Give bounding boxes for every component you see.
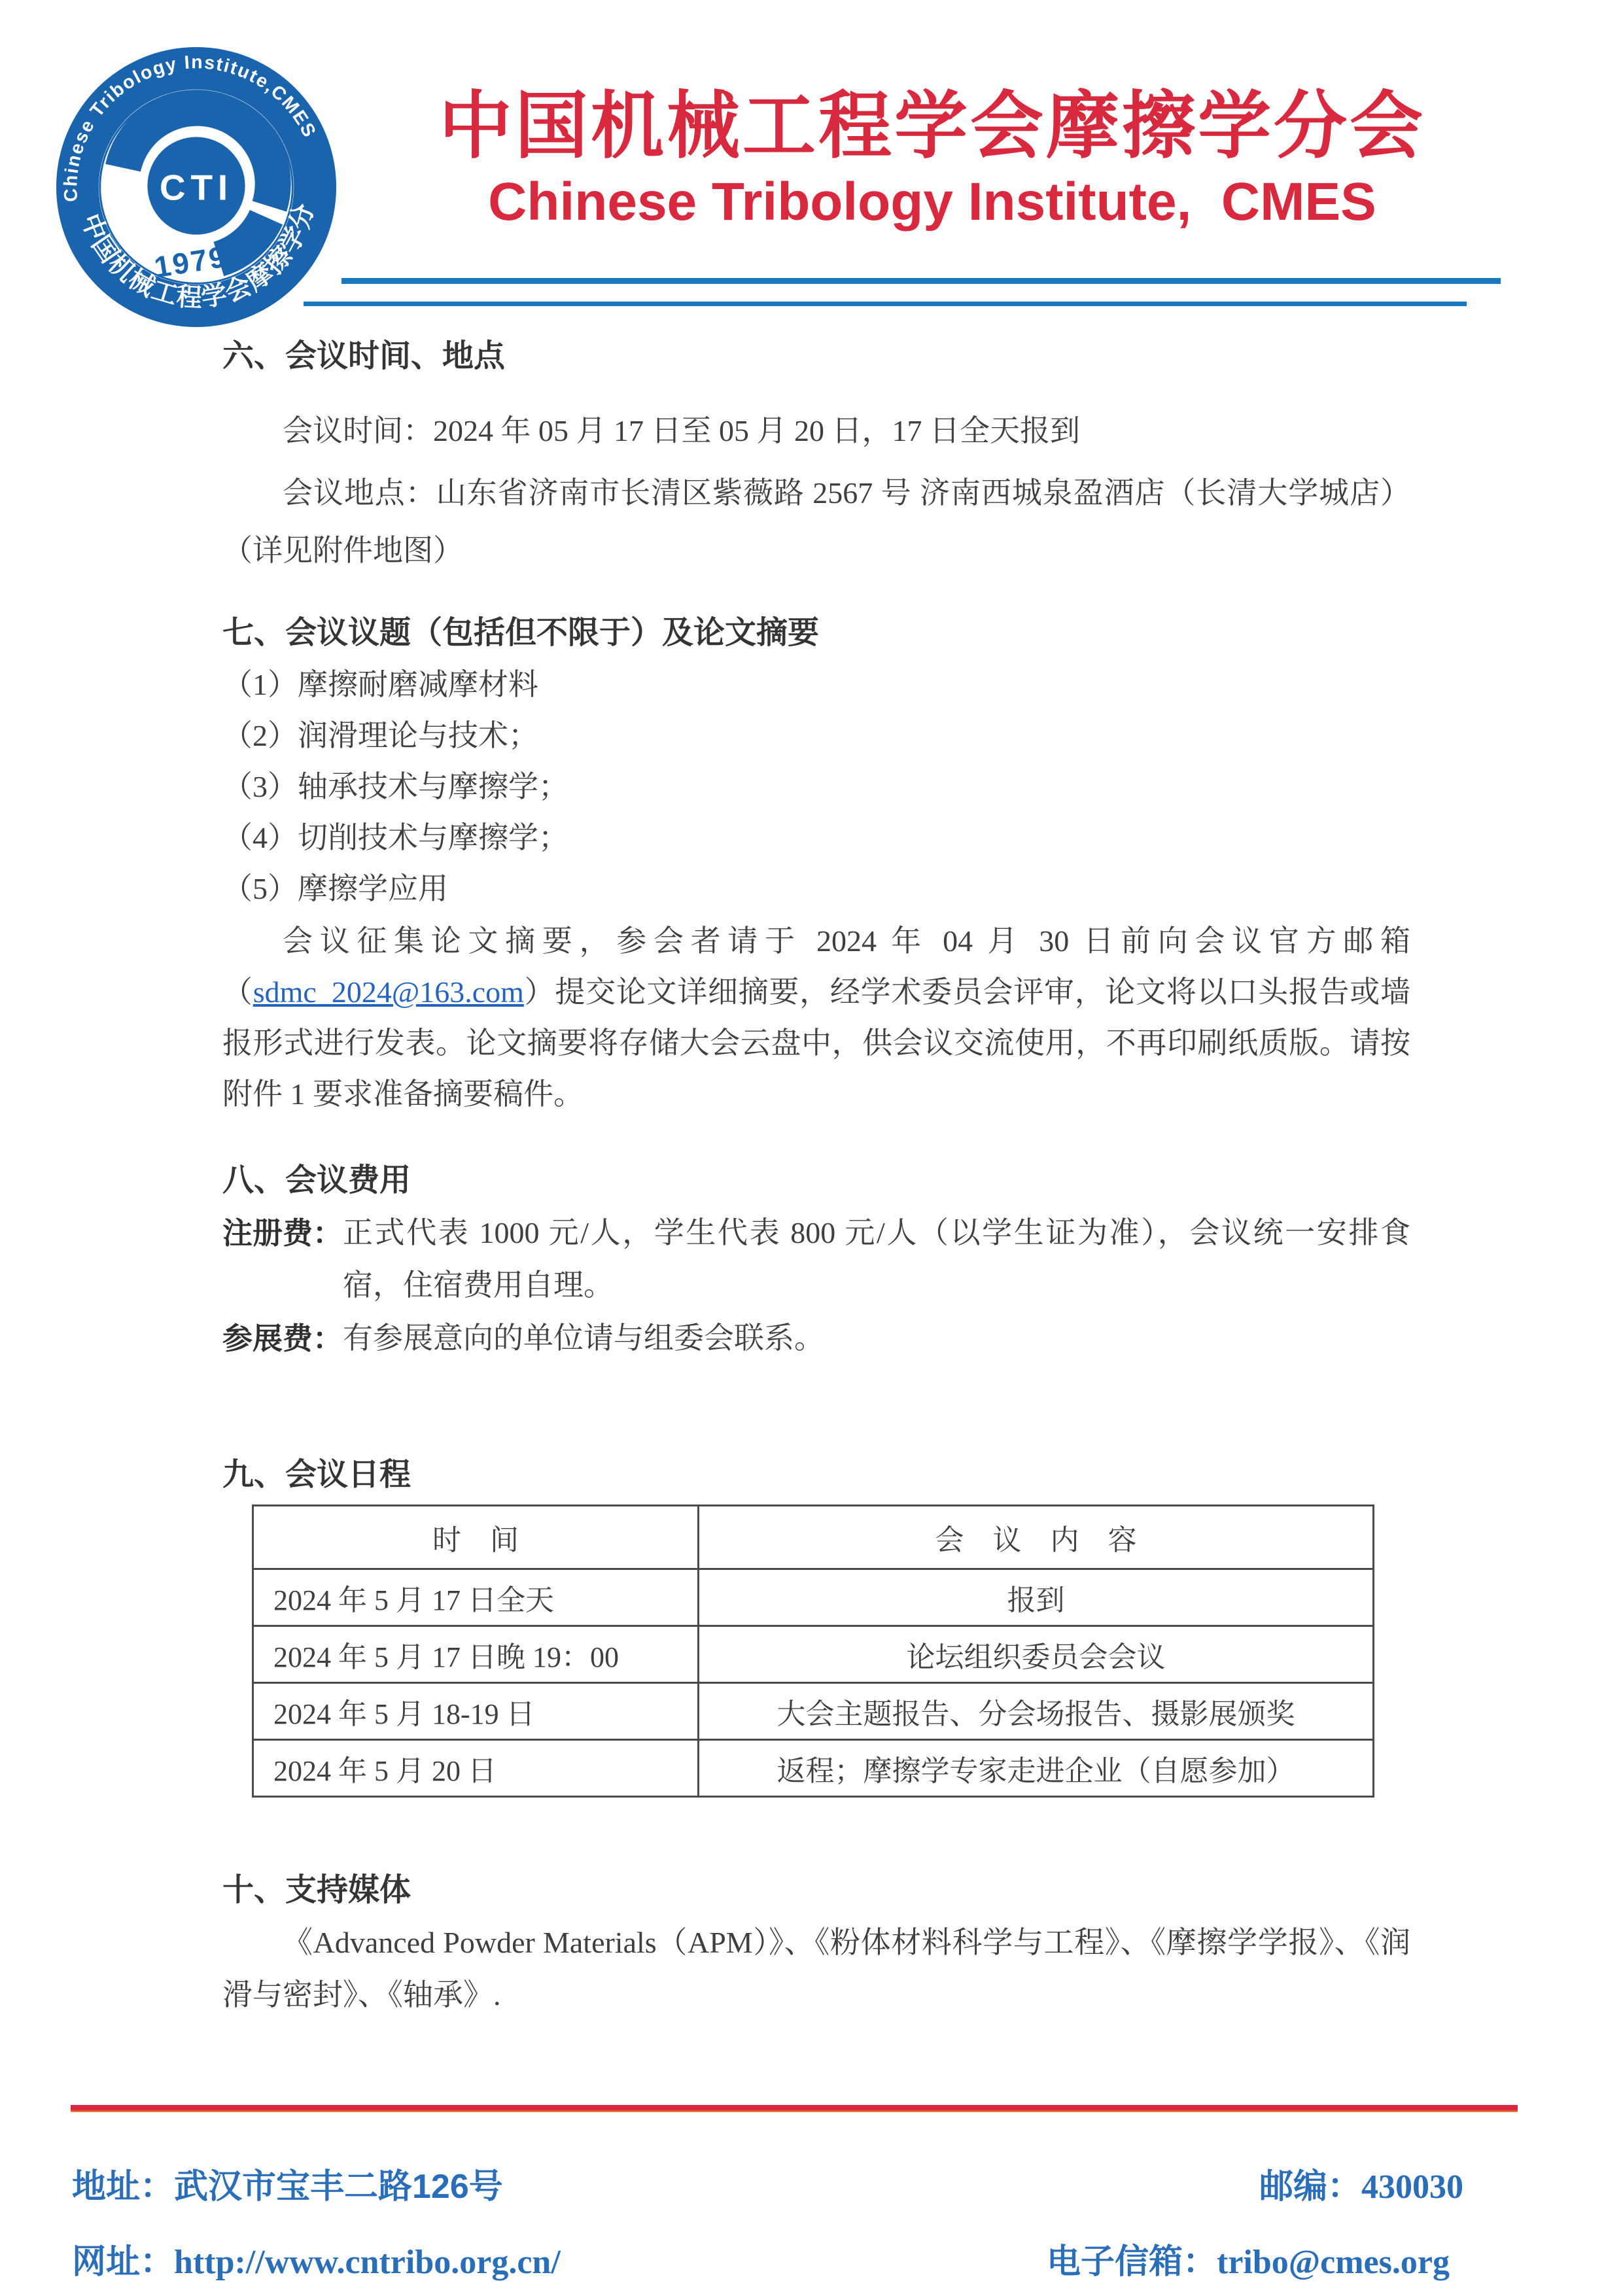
cti-logo: Chinese Tribology Institute,CMES 中国机械工程学… xyxy=(55,46,338,328)
footer-rule xyxy=(71,2105,1518,2112)
registration-fee-label: 注册费： xyxy=(222,1207,343,1259)
email-value: tribo@cmes.org xyxy=(1217,2244,1450,2281)
header-rule-bottom xyxy=(304,302,1467,306)
footer-email: 电子信箱：tribo@cmes.org xyxy=(1047,2234,1450,2283)
table-row: 2024 年 5 月 18-19 日 大会主题报告、分会场报告、摄影展颁奖 xyxy=(253,1683,1374,1740)
abstract-email-link[interactable]: sdmc_2024@163.com xyxy=(253,975,524,1009)
section-heading-schedule: 九、会议日程 xyxy=(222,1449,411,1494)
org-title-en: Chinese Tribology Institute, CMES xyxy=(353,173,1511,232)
schedule-cell-content: 返程；摩擦学专家走进企业（自愿参加） xyxy=(699,1740,1374,1797)
letterhead-titles: 中国机械工程学会摩擦学分会 Chinese Tribology Institut… xyxy=(353,82,1511,232)
exhibition-fee-row: 参展费： 有参展意向的单位请与组委会联系。 xyxy=(222,1312,1410,1365)
topic-item-1: （1）摩擦耐磨减摩材料 xyxy=(222,659,568,710)
schedule-cell-time: 2024 年 5 月 17 日晚 19：00 xyxy=(253,1626,699,1683)
schedule-table: 时 间 会 议 内 容 2024 年 5 月 17 日全天 报到 2024 年 … xyxy=(252,1505,1374,1798)
table-header-row: 时 间 会 议 内 容 xyxy=(253,1506,1374,1569)
schedule-cell-content: 论坛组织委员会会议 xyxy=(699,1626,1374,1683)
topic-item-5: （5）摩擦学应用 xyxy=(222,863,568,914)
org-title-zh: 中国机械工程学会摩擦学分会 xyxy=(353,82,1511,170)
registration-fee-text: 正式代表 1000 元/人，学生代表 800 元/人（以学生证为准），会议统一安… xyxy=(343,1207,1410,1312)
address-value: 武汉市宝丰二路126号 xyxy=(174,2168,503,2206)
venue-time-text: 会议时间：2024 年 05 月 17 日至 05 月 20 日，17 日全天报… xyxy=(222,407,1410,450)
website-value: http://www.cntribo.org.cn/ xyxy=(174,2244,561,2281)
table-row: 2024 年 5 月 17 日晚 19：00 论坛组织委员会会议 xyxy=(253,1626,1374,1683)
logo-cti-text: CTI xyxy=(160,167,233,208)
topics-list: （1）摩擦耐磨减摩材料 （2）润滑理论与技术； （3）轴承技术与摩擦学； （4）… xyxy=(222,659,568,914)
website-label: 网址： xyxy=(72,2243,174,2281)
abstract-paragraph: 会议征集论文摘要，参会者请于 2024 年 04 月 30 日前向会议官方邮箱（… xyxy=(222,916,1410,1120)
section-heading-venue: 六、会议时间、地点 xyxy=(222,330,505,375)
section-heading-topics: 七、会议议题（包括但不限于）及论文摘要 xyxy=(222,607,819,652)
section-heading-media: 十、支持媒体 xyxy=(222,1864,411,1909)
schedule-cell-content: 大会主题报告、分会场报告、摄影展颁奖 xyxy=(699,1683,1374,1740)
postcode-value: 430030 xyxy=(1361,2168,1463,2206)
table-row: 2024 年 5 月 17 日全天 报到 xyxy=(253,1569,1374,1626)
registration-fee-row: 注册费： 正式代表 1000 元/人，学生代表 800 元/人（以学生证为准），… xyxy=(222,1207,1410,1312)
exhibition-fee-text: 有参展意向的单位请与组委会联系。 xyxy=(343,1312,1410,1365)
schedule-cell-time: 2024 年 5 月 17 日全天 xyxy=(253,1569,699,1626)
schedule-header-content: 会 议 内 容 xyxy=(699,1506,1374,1569)
schedule-header-time: 时 间 xyxy=(253,1506,699,1569)
table-row: 2024 年 5 月 20 日 返程；摩擦学专家走进企业（自愿参加） xyxy=(253,1740,1374,1797)
header-rule-top xyxy=(341,278,1501,284)
footer-website: 网址：http://www.cntribo.org.cn/ xyxy=(72,2234,561,2283)
page-container: Chinese Tribology Institute,CMES 中国机械工程学… xyxy=(0,0,1623,2296)
media-paragraph: 《Advanced Powder Materials（APM）》、《粉体材料科学… xyxy=(222,1917,1410,2021)
schedule-cell-time: 2024 年 5 月 18-19 日 xyxy=(253,1683,699,1740)
postcode-label: 邮编： xyxy=(1259,2168,1361,2206)
footer-address: 地址：武汉市宝丰二路126号 xyxy=(72,2159,503,2208)
address-label: 地址： xyxy=(72,2168,174,2206)
topic-item-2: （2）润滑理论与技术； xyxy=(222,710,568,761)
venue-location-text: 会议地点：山东省济南市长清区紫薇路 2567 号 济南西城泉盈酒店（长清大学城店… xyxy=(222,464,1410,580)
schedule-cell-time: 2024 年 5 月 20 日 xyxy=(253,1740,699,1797)
exhibition-fee-label: 参展费： xyxy=(222,1312,343,1365)
topic-item-4: （4）切削技术与摩擦学； xyxy=(222,812,568,863)
schedule-cell-content: 报到 xyxy=(699,1569,1374,1626)
email-label: 电子信箱： xyxy=(1047,2243,1217,2281)
footer-postcode: 邮编：430030 xyxy=(1259,2159,1463,2208)
section-heading-fees: 八、会议费用 xyxy=(222,1155,411,1200)
topic-item-3: （3）轴承技术与摩擦学； xyxy=(222,761,568,812)
